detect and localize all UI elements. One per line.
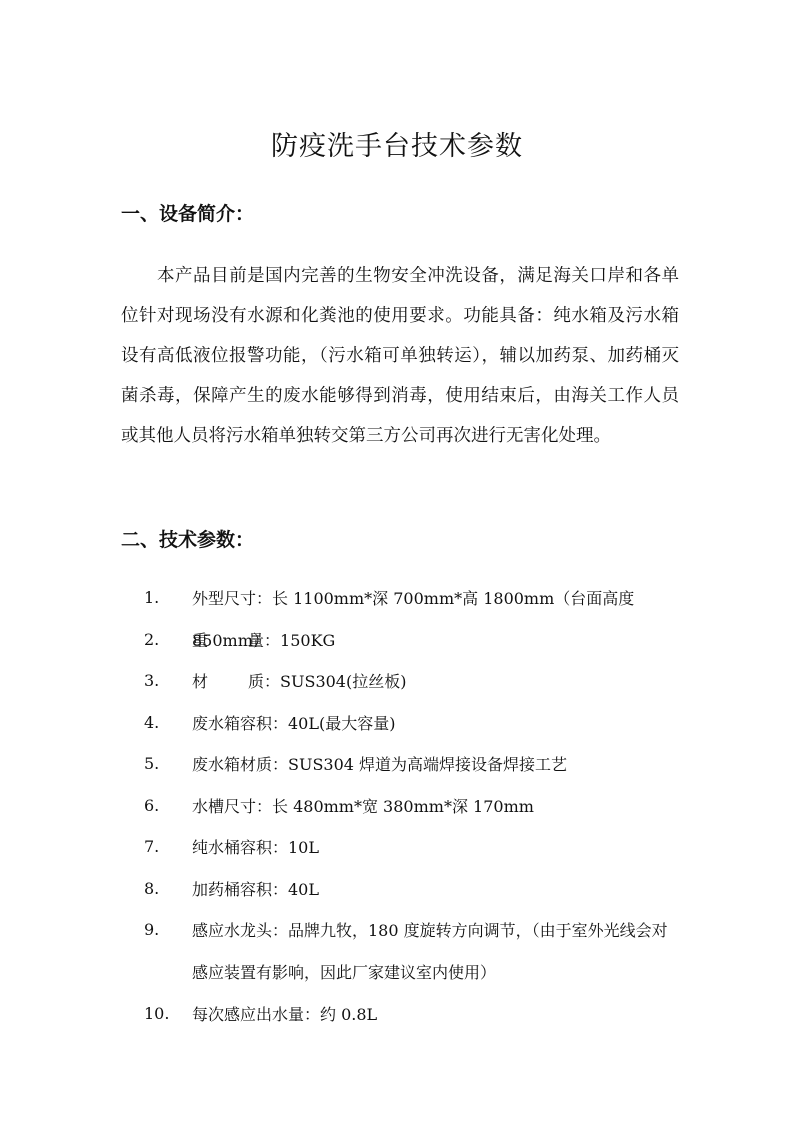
item-number: 7. xyxy=(144,832,184,862)
document-page: 防疫洗手台技术参数 一、设备简介： 本产品目前是国内完善的生物安全冲洗设备，满足… xyxy=(0,0,794,1123)
spec-item-dosing-tank-capacity: 8. 加药桶容积：40L xyxy=(0,874,794,916)
item-number: 5. xyxy=(144,749,184,779)
item-number: 4. xyxy=(144,708,184,738)
spec-list: 1. 外型尺寸：长 1100mm*深 700mm*高 1800mm（台面高度 8… xyxy=(0,583,794,1041)
section-heading-overview: 一、设备简介： xyxy=(121,200,254,228)
spec-item-water-per-sense: 10. 每次感应出水量：约 0.8L xyxy=(0,999,794,1041)
item-value: 150KG xyxy=(280,631,335,650)
item-number: 2. xyxy=(144,625,184,655)
item-text: 重量：150KG xyxy=(192,620,682,662)
spec-item-sink-dimensions: 6. 水槽尺寸：长 480mm*宽 380mm*深 170mm xyxy=(0,791,794,833)
item-label-part-b: 量： xyxy=(248,631,280,650)
section-heading-specs: 二、技术参数： xyxy=(121,526,254,554)
overview-paragraph: 本产品目前是国内完善的生物安全冲洗设备，满足海关口岸和各单位针对现场没有水源和化… xyxy=(121,256,679,456)
spec-item-material: 3. 材质：SUS304(拉丝板) xyxy=(0,666,794,708)
item-text: 废水箱容积：40L(最大容量) xyxy=(192,703,682,745)
spec-item-waste-tank-material: 5. 废水箱材质：SUS304 焊道为高端焊接设备焊接工艺 xyxy=(0,749,794,791)
item-number: 1. xyxy=(144,583,184,613)
item-text: 感应水龙头：品牌九牧，180 度旋转方向调节，（由于室外光线会对感应装置有影响，… xyxy=(192,910,682,993)
spec-item-weight: 2. 重量：150KG xyxy=(0,625,794,667)
item-value: SUS304(拉丝板) xyxy=(280,672,406,691)
item-text: 材质：SUS304(拉丝板) xyxy=(192,661,682,703)
item-text: 加药桶容积：40L xyxy=(192,869,682,911)
item-number: 9. xyxy=(144,915,184,945)
document-title: 防疫洗手台技术参数 xyxy=(0,128,794,166)
item-label-part-a: 重 xyxy=(192,631,208,650)
spec-item-waste-tank-capacity: 4. 废水箱容积：40L(最大容量) xyxy=(0,708,794,750)
spec-item-sensor-faucet: 9. 感应水龙头：品牌九牧，180 度旋转方向调节，（由于室外光线会对感应装置有… xyxy=(0,915,794,999)
item-number: 3. xyxy=(144,666,184,696)
spec-item-dimensions: 1. 外型尺寸：长 1100mm*深 700mm*高 1800mm（台面高度 8… xyxy=(0,583,794,625)
spec-item-clean-water-capacity: 7. 纯水桶容积：10L xyxy=(0,832,794,874)
item-number: 10. xyxy=(144,999,184,1029)
item-text: 水槽尺寸：长 480mm*宽 380mm*深 170mm xyxy=(192,786,682,828)
item-number: 8. xyxy=(144,874,184,904)
item-number: 6. xyxy=(144,791,184,821)
item-label-part-a: 材 xyxy=(192,672,208,691)
item-text: 纯水桶容积：10L xyxy=(192,827,682,869)
item-text: 每次感应出水量：约 0.8L xyxy=(192,994,682,1036)
item-label-part-b: 质： xyxy=(248,672,280,691)
item-text: 废水箱材质：SUS304 焊道为高端焊接设备焊接工艺 xyxy=(192,744,682,786)
